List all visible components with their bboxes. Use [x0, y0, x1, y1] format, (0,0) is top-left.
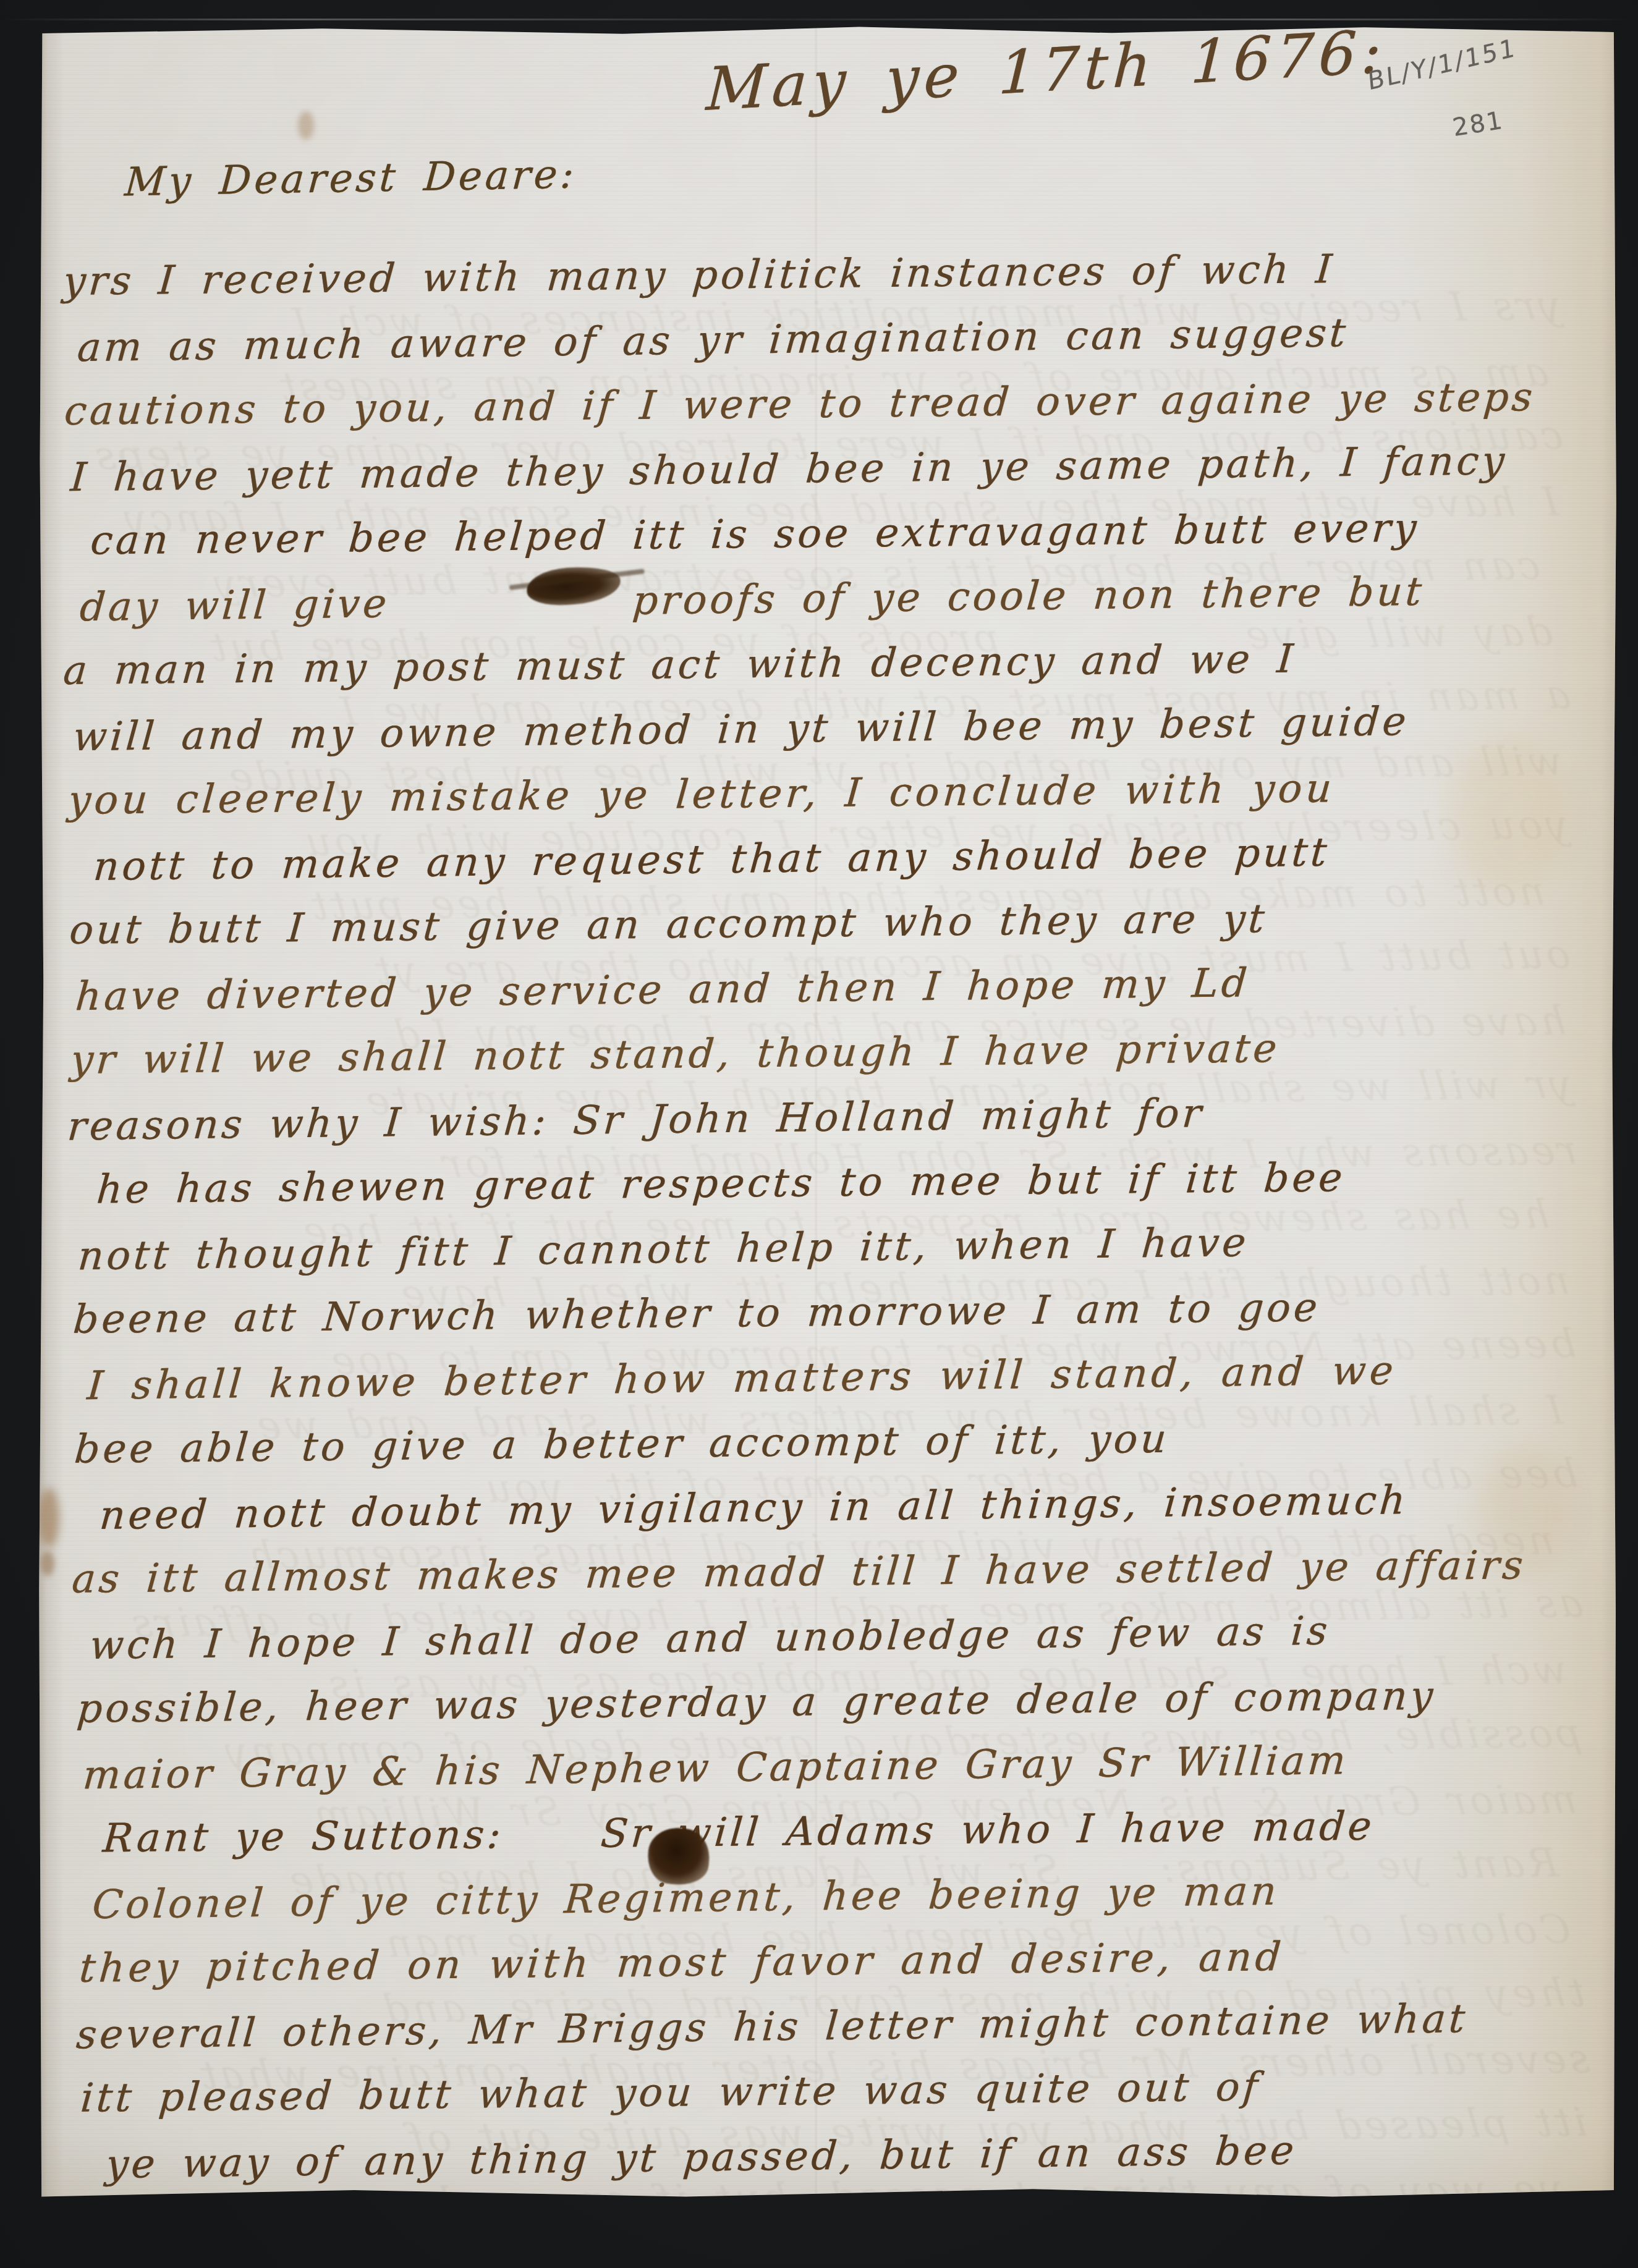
salutation: My Dearest Deare:: [123, 152, 578, 206]
archive-reference: BL/Y/1/151: [1367, 33, 1517, 96]
stain: [41, 1551, 54, 1576]
date-line: May ye 17th 1676:: [705, 17, 1388, 124]
scanner-seam: [0, 19, 1638, 20]
stain: [298, 111, 314, 140]
letter-paper: yrs I received with many politick instan…: [38, 25, 1617, 2199]
letter-body: yrs I received with many politick instan…: [63, 235, 1602, 2196]
scanned-letter-page: yrs I received with many politick instan…: [0, 0, 1638, 2268]
folio-number: 281: [1451, 106, 1506, 142]
